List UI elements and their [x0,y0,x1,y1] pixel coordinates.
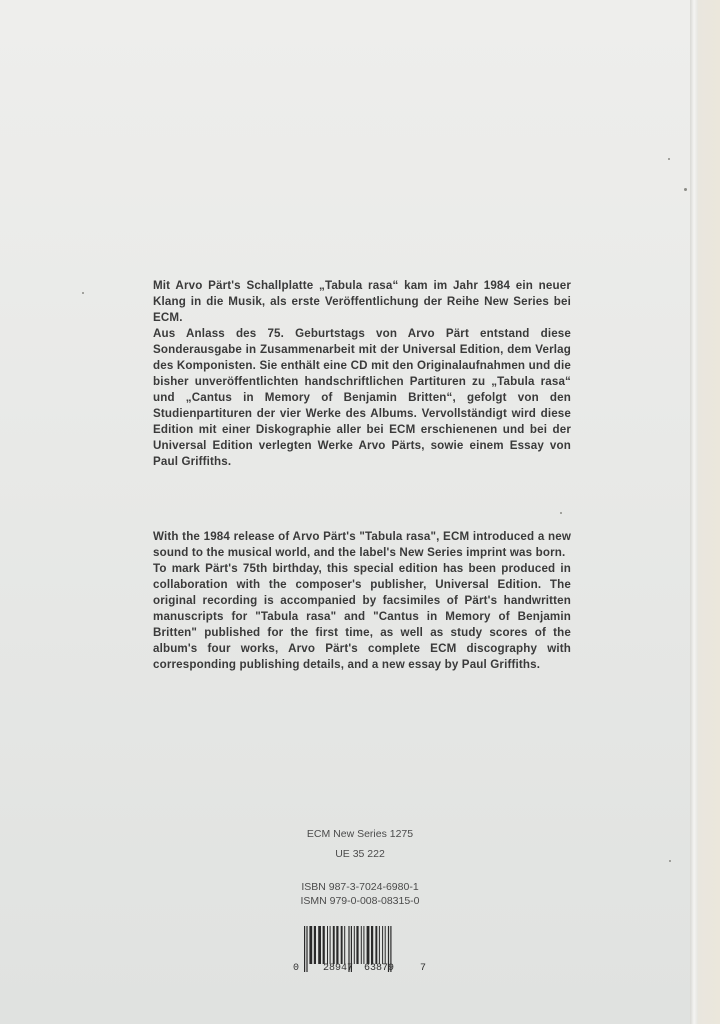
back-cover: Mit Arvo Pärt's Schallplatte „Tabula ras… [0,0,690,1024]
dust-speck [560,512,562,514]
catalog-identifiers: ISBN 987-3-7024-6980-1 ISMN 979-0-008-08… [220,880,500,908]
dust-speck [684,188,687,191]
german-paragraph-1: Mit Arvo Pärt's Schallplatte „Tabula ras… [153,278,571,326]
barcode [296,926,426,974]
english-paragraph-2: To mark Pärt's 75th birthday, this speci… [153,561,571,673]
ue-number: UE 35 222 [220,847,500,861]
catalog-ue: UE 35 222 [220,847,500,861]
catalog-series: ECM New Series 1275 [220,827,500,841]
ismn: ISMN 979-0-008-08315-0 [220,894,500,908]
barcode-check-digit: 7 [420,963,426,974]
isbn: ISBN 987-3-7024-6980-1 [220,880,500,894]
english-blurb: With the 1984 release of Arvo Pärt's "Ta… [153,529,571,673]
page-edge [690,0,698,1024]
series-number: ECM New Series 1275 [220,827,500,841]
english-paragraph-1: With the 1984 release of Arvo Pärt's "Ta… [153,529,571,561]
barcode-left-group: 28947 [323,963,353,974]
barcode-bars-icon [296,926,426,974]
dust-speck [669,860,671,862]
dust-speck [668,158,670,160]
barcode-right-group: 63879 [364,963,394,974]
book-spine [698,0,720,1024]
dust-speck [82,292,84,294]
german-paragraph-2: Aus Anlass des 75. Geburtstags von Arvo … [153,326,571,470]
barcode-leading-digit: 0 [293,963,299,974]
german-blurb: Mit Arvo Pärt's Schallplatte „Tabula ras… [153,278,571,470]
